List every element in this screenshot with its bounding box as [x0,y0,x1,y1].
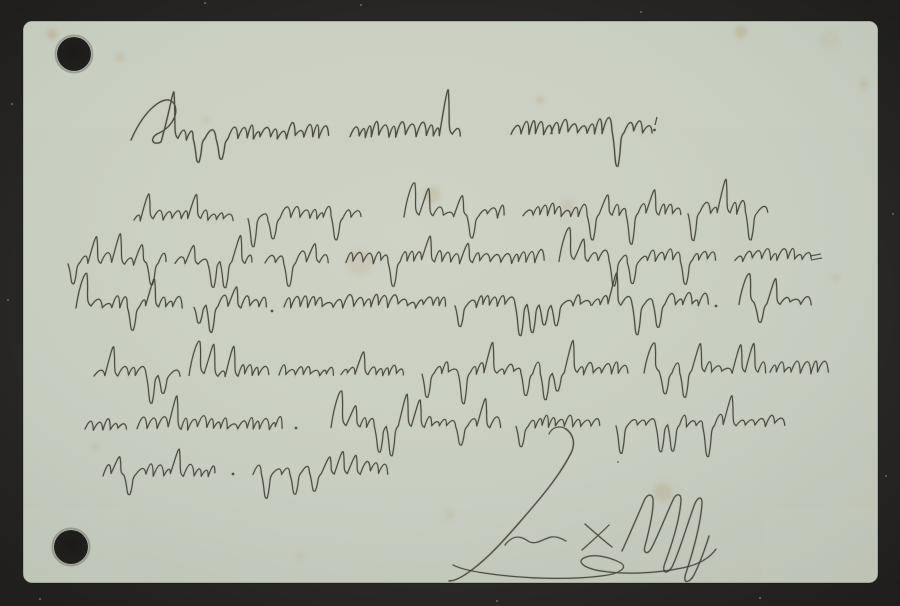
paper-grain-texture [23,21,878,583]
dust-speck [7,299,9,301]
dust-speck [759,597,761,599]
foxing-stain [296,552,304,560]
dust-speck [640,11,642,13]
scanned-postcard-image [0,0,900,606]
punctuation-dot [715,305,718,308]
dust-speck [496,600,498,602]
foxing-stain [654,483,672,501]
punctuation-dot [271,310,274,313]
foxing-stain [821,31,839,49]
dust-speck [885,475,887,477]
exclamation-dot [653,129,656,132]
dust-speck [360,4,362,6]
punctuation-dot [232,473,235,476]
postcard [23,21,878,583]
foxing-stain [445,510,455,520]
dust-speck [892,213,894,215]
dust-speck [11,103,13,105]
foxing-stain [735,26,747,38]
foxing-stain [116,54,124,62]
punch-hole-top [57,37,91,71]
dust-speck [204,2,206,4]
foxing-stain [203,117,209,123]
punctuation-dot [295,427,298,430]
scan-stage [0,0,900,606]
foxing-stain [92,444,98,450]
foxing-stain [47,29,57,39]
ink-speck [617,461,619,463]
foxing-stain [833,275,839,281]
punch-hole-bottom [54,530,88,564]
dust-speck [39,598,41,600]
foxing-stain [860,80,868,88]
foxing-stain [536,96,544,104]
